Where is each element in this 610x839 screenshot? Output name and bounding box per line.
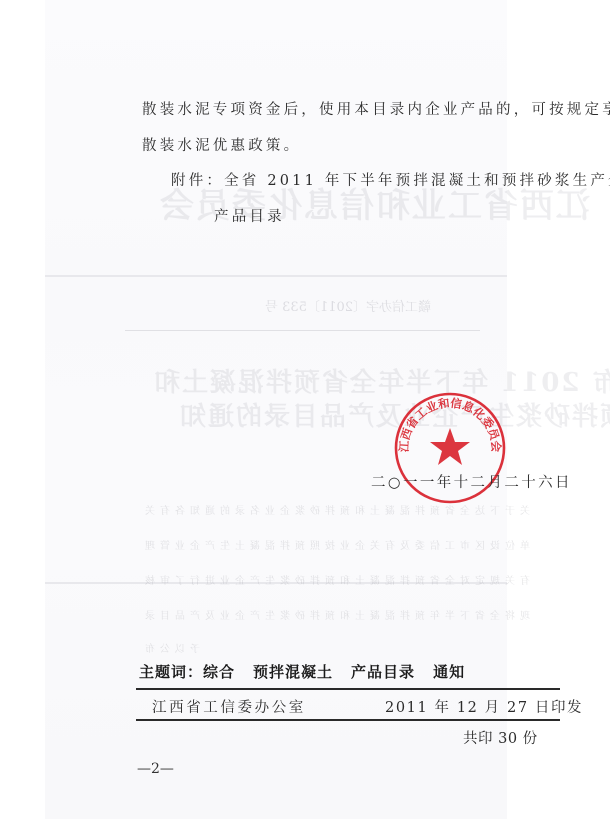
issuer: 江西省工信委办公室 — [152, 696, 306, 717]
body-line: 散装水泥优惠政策。 — [142, 134, 301, 155]
attachment-title-cont[interactable]: 产品目录 — [214, 205, 285, 226]
issue-date: 2011 年 12 月 27 日印发 — [385, 696, 583, 717]
show-through-title-1: 关于公布 2011 年下半年全省预拌混凝土和 — [152, 362, 610, 399]
signature-date: 二○一一年十二月二十六日 — [371, 471, 572, 492]
page-number: —2— — [137, 761, 174, 777]
keyword: 产品目录 — [351, 663, 415, 681]
keyword: 通知 — [433, 663, 465, 681]
body-line: 散装水泥专项资金后，使用本目录内企业产品的，可按规定享受 — [142, 98, 610, 119]
paper-fold — [45, 275, 507, 277]
star-icon — [430, 428, 470, 465]
divider-bottom — [136, 719, 560, 721]
show-through-doc-number: 赣工信办字〔2011〕533 号 — [265, 296, 431, 315]
keyword: 预拌混凝土 — [253, 663, 333, 681]
divider-top — [136, 688, 560, 690]
keywords-label: 主题词： — [139, 663, 203, 681]
keywords-line: 主题词：综合预拌混凝土产品目录通知 — [139, 661, 465, 682]
attachment-title[interactable]: 全省 2011 年下半年预拌混凝土和预拌砂浆生产企业及 — [224, 173, 610, 189]
copies-count: 共印 30 份 — [463, 727, 538, 748]
show-through-rule — [125, 330, 480, 331]
attachment-label: 附件： — [171, 173, 224, 189]
keyword: 综合 — [203, 663, 235, 681]
